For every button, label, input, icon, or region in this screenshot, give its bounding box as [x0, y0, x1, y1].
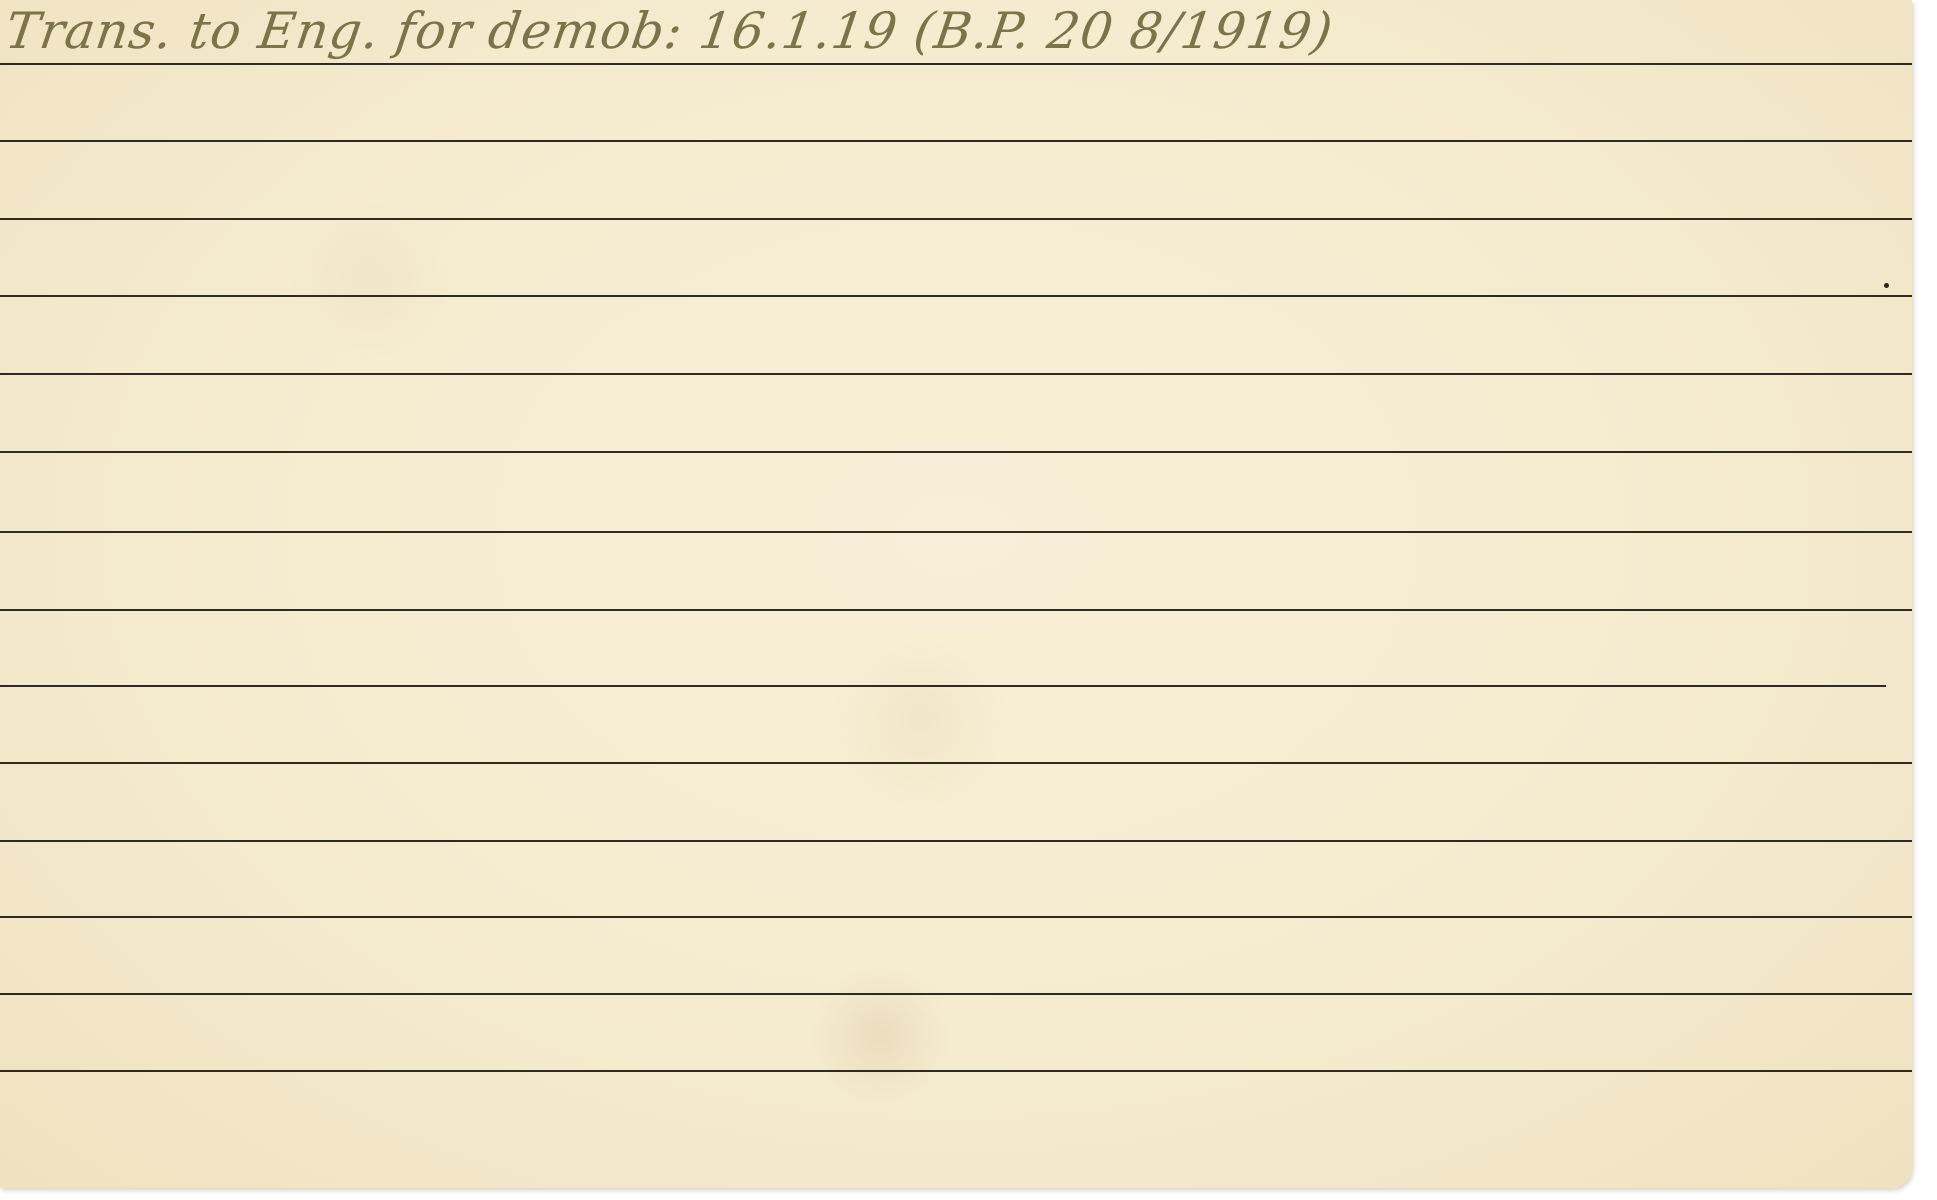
ruled-line: [0, 373, 1912, 375]
ruled-line: [0, 993, 1912, 995]
record-card: Trans. to Eng. for demob: 16.1.19 (B.P. …: [0, 0, 1912, 1188]
ruled-line: [0, 762, 1912, 764]
ruled-line: [0, 295, 1912, 297]
ink-speck: [1884, 283, 1889, 288]
ruled-line: [0, 218, 1912, 220]
ruled-line: [0, 916, 1912, 918]
ruled-line: [0, 609, 1912, 611]
ruled-line: [0, 531, 1912, 533]
ruled-line: [0, 451, 1912, 453]
ruled-line: [0, 685, 1886, 687]
handwritten-entry: Trans. to Eng. for demob: 16.1.19 (B.P. …: [2, 2, 1337, 60]
ruled-line: [0, 140, 1912, 142]
ruled-line: [0, 840, 1912, 842]
ruled-line: [0, 63, 1912, 65]
ruled-line: [0, 1070, 1912, 1072]
